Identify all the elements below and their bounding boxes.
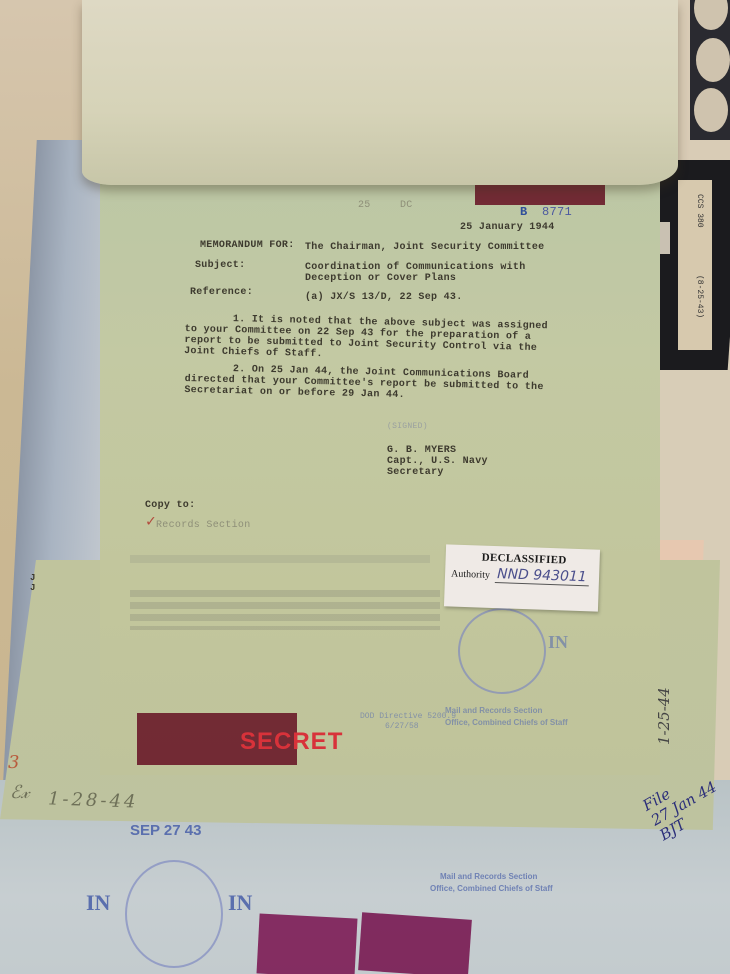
handwritten-number: 3	[8, 752, 19, 773]
dod-stamp-date: 6/27/58	[385, 722, 419, 731]
punch-hole	[696, 38, 730, 82]
subject-line: Deception or Cover Plans	[305, 273, 456, 284]
punch-hole	[694, 88, 728, 132]
signature-block: G. B. MYERS Capt., U.S. Navy Secretary	[387, 445, 488, 478]
bleed-through-text	[130, 590, 440, 630]
in-stamp: IN	[548, 632, 568, 653]
memorandum-for-label: MEMORANDUM FOR:	[200, 240, 295, 251]
memorandum-for: The Chairman, Joint Security Committee	[305, 242, 544, 253]
clock-stamp	[125, 860, 223, 968]
subject-label: Subject:	[195, 260, 245, 271]
memo-sheet: 25 DC B 8771 25 January 1944 MEMORANDUM …	[100, 175, 660, 775]
redaction-block	[358, 912, 472, 974]
paragraph-1: 1. It is noted that the above subject wa…	[184, 313, 548, 365]
binder-edge	[690, 0, 730, 140]
declassified-label: DECLASSIFIED Authority NND 943011	[444, 544, 600, 611]
received-stamp-line2: Office, Combined Chiefs of Staff	[430, 884, 553, 893]
secret-stamp-text: SECRET	[240, 728, 343, 756]
memo-date: 25 January 1944	[460, 222, 555, 233]
binder-label: CCS 380 (8-25-43)	[678, 180, 712, 350]
subject-line: Coordination of Communications with	[305, 262, 526, 273]
file-number: 8771	[542, 205, 572, 219]
curled-page[interactable]	[82, 0, 678, 185]
handwritten-side-date: 1-25-44	[655, 687, 673, 745]
copy-to-label: Copy to:	[145, 500, 195, 511]
received-stamp-line2: Office, Combined Chiefs of Staff	[445, 718, 568, 727]
in-stamp-right: IN	[228, 890, 252, 916]
margin-marks: JJ	[30, 573, 36, 593]
header-code: 25	[358, 200, 371, 211]
received-clock-stamp	[458, 608, 546, 694]
check-mark-icon: ✓	[146, 511, 156, 531]
dod-stamp: DOD Directive 5200.9	[360, 712, 456, 721]
date-stamp: SEP 27 43	[130, 822, 201, 839]
file-number-prefix: B	[520, 205, 528, 219]
reference: (a) JX/S 13/D, 22 Sep 43.	[305, 292, 463, 303]
punch-hole	[694, 0, 728, 30]
handwritten-initials: ℰ𝓍	[10, 782, 29, 803]
paragraph-2: 2. On 25 Jan 44, the Joint Communication…	[184, 363, 544, 404]
handwritten-date: 1-28-44	[48, 788, 139, 812]
header-code: DC	[400, 200, 413, 211]
signed-marker: (SIGNED)	[387, 422, 428, 431]
bleed-through-text	[130, 555, 430, 563]
redaction-block	[256, 913, 357, 974]
received-stamp-line1: Mail and Records Section	[440, 872, 537, 881]
reference-label: Reference:	[190, 287, 253, 298]
received-stamp-line1: Mail and Records Section	[445, 706, 542, 715]
copy-to: Records Section	[156, 520, 251, 531]
in-stamp-left: IN	[86, 890, 110, 916]
